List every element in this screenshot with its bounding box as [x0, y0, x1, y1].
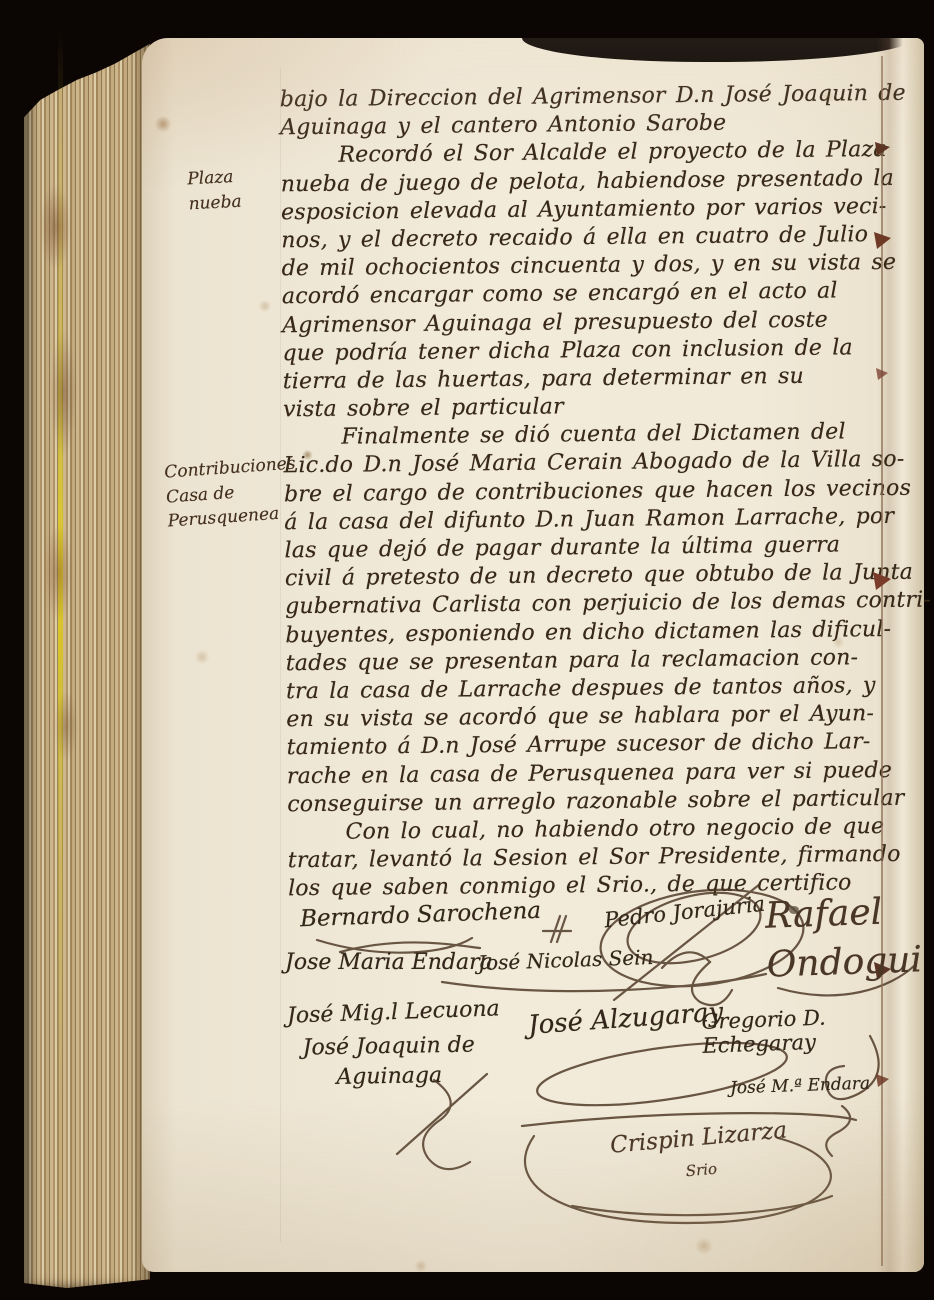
signature-gregorio-echegaray: Gregorio D. Echegaray [701, 1002, 925, 1058]
signature-rubric [826, 1106, 850, 1156]
signature-rubric [572, 1196, 832, 1215]
foxing-stain [414, 1260, 428, 1272]
secretary-name: Crispin Lizarza [609, 1117, 788, 1158]
margin-note-contribuciones: Contribuciones Casa de Perusquenea [164, 452, 300, 535]
manuscript-page: Plaza nueba Contribuciones Casa de Perus… [142, 38, 924, 1272]
worn-binding-edge [40, 150, 92, 790]
signature-jose-nicolas-sein: José Nicolas Sein [478, 945, 654, 975]
foxing-stain [194, 650, 210, 664]
foxing-stain [258, 300, 272, 312]
signature-jose-ma-endara: José M.ª Endara [730, 1074, 871, 1099]
signature-rubric [442, 974, 766, 991]
secretary-title: Srio [685, 1160, 718, 1181]
foxing-stain [694, 1238, 714, 1254]
signature-secretary-lizarza: Crispin Lizarza Srio [588, 1115, 812, 1194]
photograph-of-manuscript-book: Plaza nueba Contribuciones Casa de Perus… [0, 0, 934, 1300]
signature-jose-alzugaray: José Alzugaray [527, 997, 724, 1041]
signature-jose-miguel-lecuona: José Mig.l Lecuona [287, 996, 500, 1028]
signature-jose-joaquin-de-aguinaga: José Joaquin de Aguinaga [293, 1030, 484, 1093]
signature-rubric [543, 916, 571, 942]
foxing-stain [154, 116, 172, 132]
page-top-shadow [522, 36, 918, 62]
margin-note-plaza-nueva: Plaza nueba [187, 165, 242, 217]
manuscript-text: bajo la Direccion del Agrimensor D.n Jos… [280, 81, 917, 905]
signature-rafael-ondogui: Rafael Ondogui [764, 887, 922, 990]
signature-jose-maria-endara: Jose Maria Endara [285, 950, 493, 975]
